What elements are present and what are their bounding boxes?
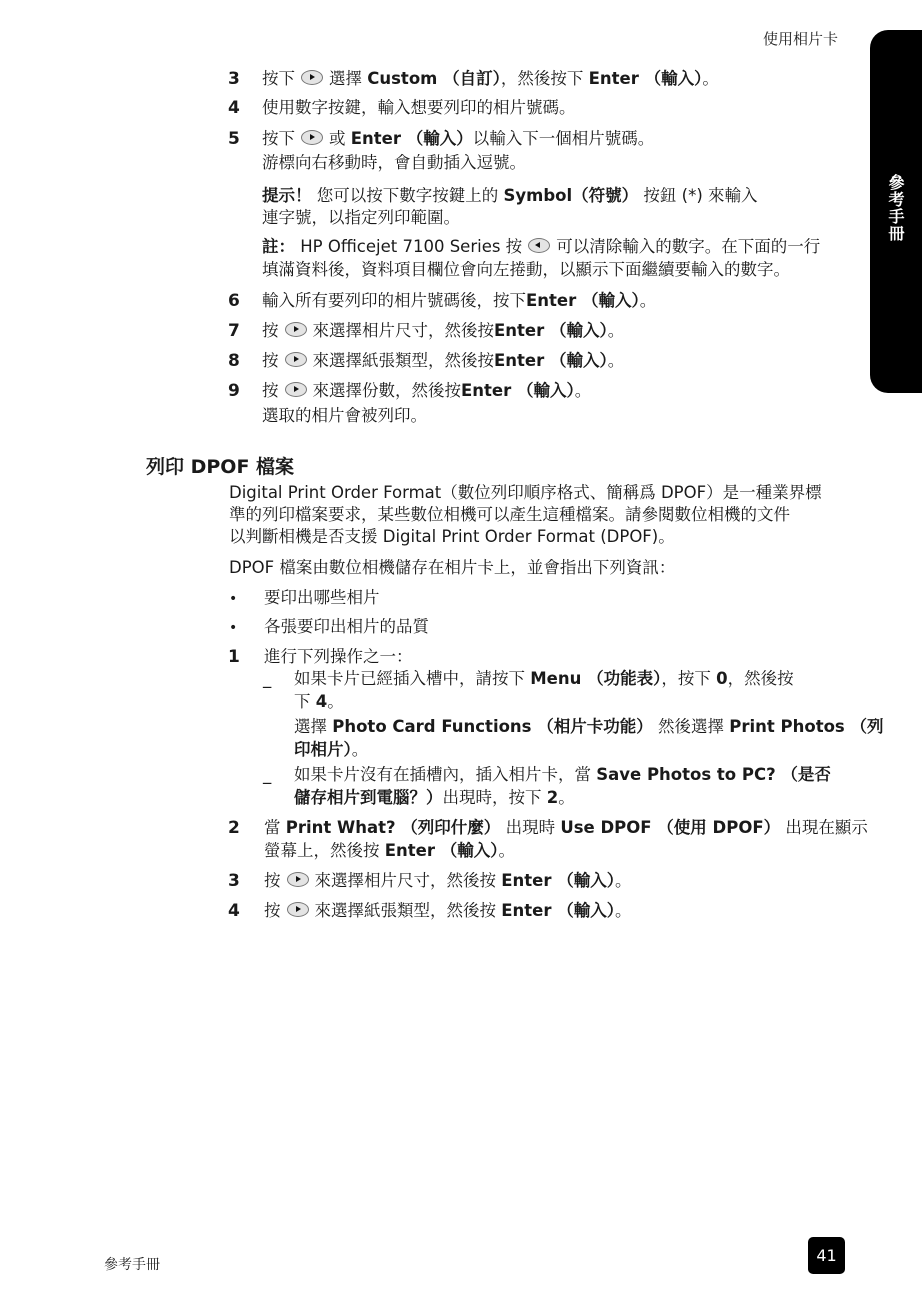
option-1-line-1: 如果卡片已經插入槽中，請按下 Menu （功能表），按下 0，然後按 (294, 668, 794, 690)
option-dash: _ (263, 764, 271, 786)
step-2-line-2: 螢幕上，然後按 Enter （輸入）。 (264, 840, 515, 862)
section-tab-label: 參考手冊 (886, 174, 906, 242)
step-5-text: 按下或 Enter （輸入）以輸入下一個相片號碼。 (262, 128, 654, 150)
note-line-2: 填滿資料後，資料項目欄位會向左捲動，以顯示下面繼續要輸入的數字。 (262, 259, 790, 281)
option-1-line-2: 下 4。 (294, 691, 344, 713)
right-arrow-button-icon (285, 322, 307, 337)
right-arrow-button-icon (285, 352, 307, 367)
step-9-subtext: 選取的相片會被列印。 (262, 405, 427, 427)
step-number: 4 (228, 97, 240, 119)
right-arrow-button-icon (285, 382, 307, 397)
left-arrow-button-icon (528, 238, 550, 253)
option-2-line-1: 如果卡片沒有在插槽內，插入相片卡，當 Save Photos to PC? （是… (294, 764, 831, 786)
step-number: 8 (228, 350, 240, 372)
step-number: 2 (228, 817, 240, 839)
step-8-text: 按來選擇紙張類型，然後按Enter （輸入）。 (262, 350, 624, 372)
step-4-text: 使用數字按鍵，輸入想要列印的相片號碼。 (262, 97, 576, 119)
bullet-marker: • (229, 617, 237, 639)
note-line-1: 註： HP Officejet 7100 Series 按可以清除輸入的數字。在… (262, 236, 820, 258)
step-3-text: 按下選擇 Custom （自訂），然後按下 Enter （輸入）。 (262, 68, 719, 90)
tip-label: 提示！ (262, 186, 312, 205)
tip-line-2: 連字號，以指定列印範圍。 (262, 207, 460, 229)
step-1-text: 進行下列操作之一： (264, 646, 413, 668)
option-1-select-line-2: 印相片）。 (294, 739, 368, 761)
step-number: 6 (228, 290, 240, 312)
bullet-item: 各張要印出相片的品質 (264, 616, 429, 638)
step-7-text: 按來選擇相片尺寸，然後按Enter （輸入）。 (262, 320, 624, 342)
bullet-item: 要印出哪些相片 (264, 587, 380, 609)
right-arrow-button-icon (301, 130, 323, 145)
section-tab: 參考手冊 (870, 30, 922, 393)
step-number: 3 (228, 68, 240, 90)
step-5-subtext: 游標向右移動時，會自動插入逗號。 (262, 152, 526, 174)
step-4-dpof-text: 按來選擇紙張類型，然後按 Enter （輸入）。 (264, 900, 631, 922)
footer-label: 參考手冊 (104, 1254, 160, 1274)
paragraph-line: 準的列印檔案要求，某些數位相機可以產生這種檔案。請參閱數位相機的文件 (229, 504, 790, 526)
step-6-text: 輸入所有要列印的相片號碼後，按下Enter （輸入）。 (262, 290, 656, 312)
paragraph-line: 以判斷相機是否支援 Digital Print Order Format (DP… (229, 526, 675, 548)
option-dash: _ (263, 668, 271, 690)
step-number: 4 (228, 900, 240, 922)
paragraph-line: DPOF 檔案由數位相機儲存在相片卡上，並會指出下列資訊： (229, 557, 675, 579)
section-heading: 列印 DPOF 檔案 (146, 452, 294, 479)
right-arrow-button-icon (287, 872, 309, 887)
step-number: 1 (228, 646, 240, 668)
page-number: 41 (808, 1237, 845, 1274)
step-2-line-1: 當 Print What? （列印什麼） 出現時 Use DPOF （使用 DP… (264, 817, 868, 839)
bullet-marker: • (229, 588, 237, 610)
tip-line-1: 提示！ 您可以按下數字按鍵上的 Symbol（符號） 按鈕 (*) 來輸入 (262, 185, 758, 207)
step-number: 9 (228, 380, 240, 402)
right-arrow-button-icon (301, 70, 323, 85)
paragraph-line: Digital Print Order Format（數位列印順序格式、簡稱爲 … (229, 482, 822, 504)
option-1-select-line-1: 選擇 Photo Card Functions （相片卡功能） 然後選擇 Pri… (294, 716, 883, 738)
option-2-line-2: 儲存相片到電腦？）出現時，按下 2。 (294, 787, 575, 809)
step-number: 3 (228, 870, 240, 892)
step-number: 7 (228, 320, 240, 342)
right-arrow-button-icon (287, 902, 309, 917)
note-label: 註： (262, 237, 295, 256)
step-number: 5 (228, 128, 240, 150)
step-9-text: 按來選擇份數，然後按Enter （輸入）。 (262, 380, 591, 402)
running-header: 使用相片卡 (763, 28, 838, 49)
step-3-dpof-text: 按來選擇相片尺寸，然後按 Enter （輸入）。 (264, 870, 631, 892)
